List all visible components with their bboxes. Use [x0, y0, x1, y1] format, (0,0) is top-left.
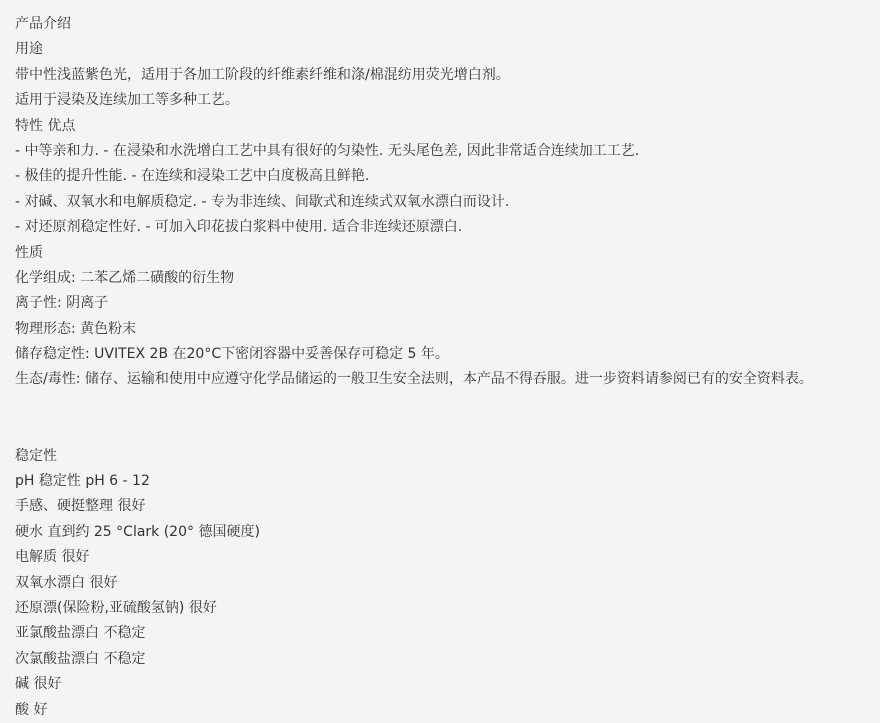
property-item: 化学组成: 二苯乙烯二磺酸的衍生物: [15, 266, 880, 291]
feature-item: - 中等亲和力. - 在浸染和水洗增白工艺中具有很好的匀染性. 无头尾色差, 因…: [15, 139, 880, 164]
usage-line: 适用于浸染及连续加工等多种工艺。: [15, 88, 880, 113]
section-heading-usage: 用途: [15, 37, 880, 62]
stability-item: pH 稳定性 pH 6 - 12: [15, 469, 880, 494]
property-item: 离子性: 阴离子: [15, 291, 880, 316]
usage-line: 带中性浅蓝紫色光，适用于各加工阶段的纤维素纤维和涤/棉混纺用荧光增白剂。: [15, 63, 880, 88]
stability-item: 电解质 很好: [15, 545, 880, 570]
stability-item: 还原漂(保险粉,亚硫酸氢钠) 很好: [15, 596, 880, 621]
stability-item: 酸 好: [15, 698, 880, 714]
product-document: 产品介绍 用途 带中性浅蓝紫色光，适用于各加工阶段的纤维素纤维和涤/棉混纺用荧光…: [15, 12, 880, 714]
stability-item: 手感、硬挺整理 很好: [15, 494, 880, 519]
section-heading-stability: 稳定性: [15, 444, 880, 469]
section-spacer: [15, 393, 880, 444]
property-item: 生态/毒性: 储存、运输和使用中应遵守化学品储运的一般卫生安全法则，本产品不得吞…: [15, 367, 880, 392]
stability-item: 亚氯酸盐漂白 不稳定: [15, 621, 880, 646]
section-heading-features: 特性 优点: [15, 114, 880, 139]
feature-item: - 对碱、双氧水和电解质稳定. - 专为非连续、间歇式和连续式双氧水漂白而设计.: [15, 190, 880, 215]
feature-item: - 对还原剂稳定性好. - 可加入印花拔白浆料中使用. 适合非连续还原漂白.: [15, 215, 880, 240]
property-item: 物理形态: 黄色粉末: [15, 317, 880, 342]
section-heading-properties: 性质: [15, 241, 880, 266]
stability-item: 次氯酸盐漂白 不稳定: [15, 647, 880, 672]
property-item: 储存稳定性: UVITEX 2B 在20°C下密闭容器中妥善保存可稳定 5 年。: [15, 342, 880, 367]
section-title-product-intro: 产品介绍: [15, 12, 880, 37]
stability-item: 碱 很好: [15, 672, 880, 697]
stability-item: 双氧水漂白 很好: [15, 571, 880, 596]
stability-item: 硬水 直到约 25 °Clark (20° 德国硬度): [15, 520, 880, 545]
feature-item: - 极佳的提升性能. - 在连续和浸染工艺中白度极高且鲜艳.: [15, 164, 880, 189]
